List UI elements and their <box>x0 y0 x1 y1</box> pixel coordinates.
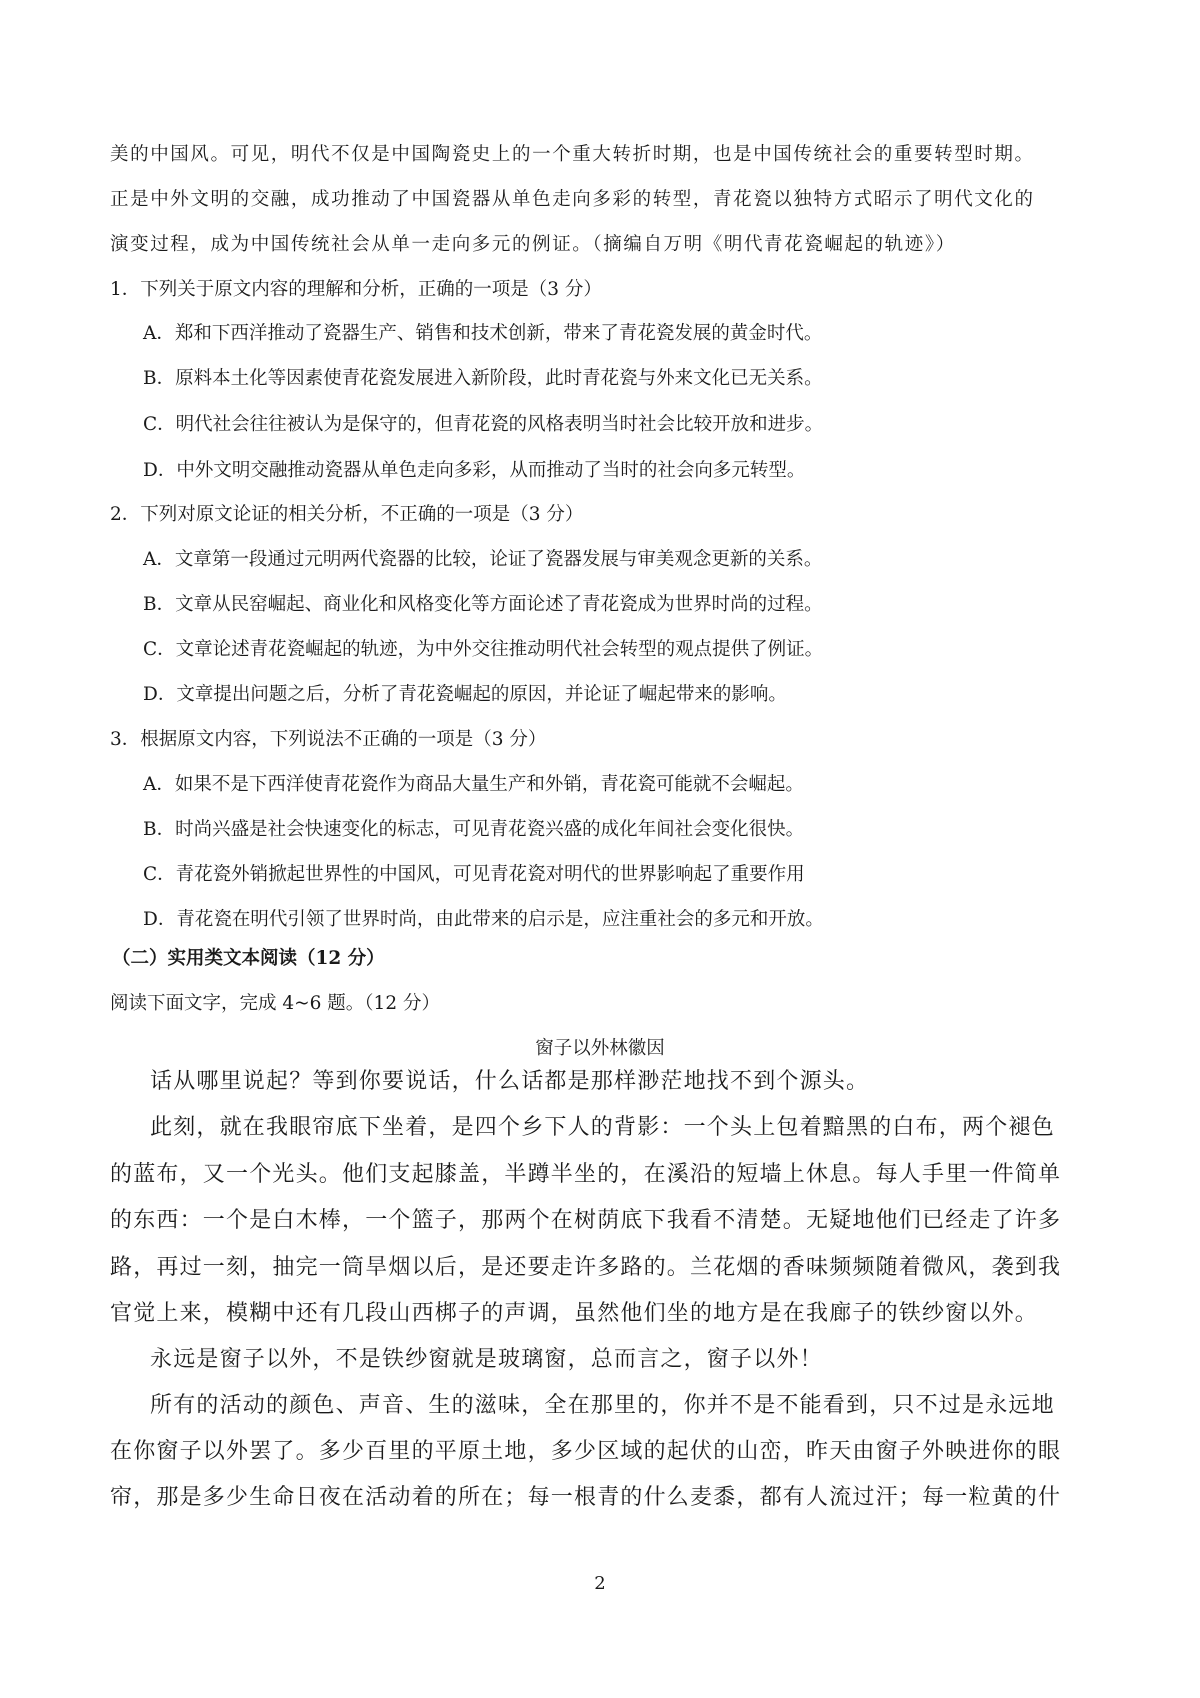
article-line: 的蓝布，又一个光头。他们支起膝盖，半蹲半坐的，在溪沿的短墙上休息。每人手里一件简… <box>110 1163 1061 1187</box>
article-line: 路，再过一刻，抽完一筒旱烟以后，是还要走许多路的。兰花烟的香味频频随着微风，袭到… <box>110 1256 1061 1280</box>
option-b: B．时尚兴盛是社会快速变化的标志，可见青花瓷兴盛的成化年间社会变化很快。 <box>143 818 804 842</box>
passage-line: 演变过程，成为中国传统社会从单一走向多元的例证。（摘编自万明《明代青花瓷崛起的轨… <box>110 233 956 257</box>
article-line: 话从哪里说起？等到你要说话，什么话都是那样渺茫地找不到个源头。 <box>150 1070 869 1094</box>
option-d: D．青花瓷在明代引领了世界时尚，由此带来的启示是，应注重社会的多元和开放。 <box>143 908 824 932</box>
option-c: C．青花瓷外销掀起世界性的中国风，可见青花瓷对明代的世界影响起了重要作用 <box>143 863 805 887</box>
article-line: 的东西：一个是白木棒，一个篮子，那两个在树荫底下我看不清楚。无疑地他们已经走了许… <box>110 1209 1061 1233</box>
question-stem: 3．根据原文内容，下列说法不正确的一项是（3 分） <box>110 728 546 752</box>
option-b: B．文章从民窑崛起、商业化和风格变化等方面论述了青花瓷成为世界时尚的过程。 <box>143 593 823 617</box>
option-b: B．原料本土化等因素使青花瓷发展进入新阶段，此时青花瓷与外来文化已无关系。 <box>143 367 823 391</box>
article-line: 所有的活动的颜色、声音、生的滋味，全在那里的，你并不是不能看到，只不过是永远地 <box>150 1394 1055 1418</box>
article-line: 永远是窗子以外，不是铁纱窗就是玻璃窗，总而言之，窗子以外！ <box>150 1348 823 1372</box>
option-c: C．文章论述青花瓷崛起的轨迹，为中外交往推动明代社会转型的观点提供了例证。 <box>143 638 823 662</box>
page-number: 2 <box>0 1572 1200 1596</box>
option-d: D．文章提出问题之后，分析了青花瓷崛起的原因，并论证了崛起带来的影响。 <box>143 683 787 707</box>
passage-line: 美的中国风。可见，明代不仅是中国陶瓷史上的一个重大转折时期，也是中国传统社会的重… <box>110 143 1035 167</box>
passage-line: 正是中外文明的交融，成功推动了中国瓷器从单色走向多彩的转型，青花瓷以独特方式昭示… <box>110 188 1035 212</box>
article-line: 帘，那是多少生命日夜在活动着的所在；每一根青的什么麦黍，都有人流过汗；每一粒黄的… <box>110 1486 1061 1510</box>
article-line: 官觉上来，模糊中还有几段山西梆子的声调，虽然他们坐的地方是在我廊子的铁纱窗以外。 <box>110 1302 1038 1326</box>
option-a: A．如果不是下西洋使青花瓷作为商品大量生产和外销，青花瓷可能就不会崛起。 <box>143 773 804 797</box>
option-d: D．中外文明交融推动瓷器从单色走向多彩，从而推动了当时的社会向多元转型。 <box>143 459 805 483</box>
option-c: C．明代社会往往被认为是保守的，但青花瓷的风格表明当时社会比较开放和进步。 <box>143 413 823 437</box>
option-a: A．文章第一段通过元明两代瓷器的比较，论证了瓷器发展与审美观念更新的关系。 <box>143 548 822 572</box>
article-line: 在你窗子以外罢了。多少百里的平原土地，多少区域的起伏的山峦，昨天由窗子外映进你的… <box>110 1440 1061 1464</box>
section-heading: （二）实用类文本阅读（12 分） <box>112 947 385 971</box>
article-title: 窗子以外林徽因 <box>0 1037 1200 1061</box>
section-instruction: 阅读下面文字，完成 4~6 题。（12 分） <box>110 992 440 1016</box>
article-line: 此刻，就在我眼帘底下坐着，是四个乡下人的背影：一个头上包着黯黑的白布，两个褪色 <box>150 1116 1055 1140</box>
exam-page: 美的中国风。可见，明代不仅是中国陶瓷史上的一个重大转折时期，也是中国传统社会的重… <box>0 0 1200 1698</box>
question-stem: 2．下列对原文论证的相关分析，不正确的一项是（3 分） <box>110 503 583 527</box>
question-stem: 1．下列关于原文内容的理解和分析，正确的一项是（3 分） <box>110 278 602 302</box>
option-a: A．郑和下西洋推动了瓷器生产、销售和技术创新，带来了青花瓷发展的黄金时代。 <box>143 322 822 346</box>
